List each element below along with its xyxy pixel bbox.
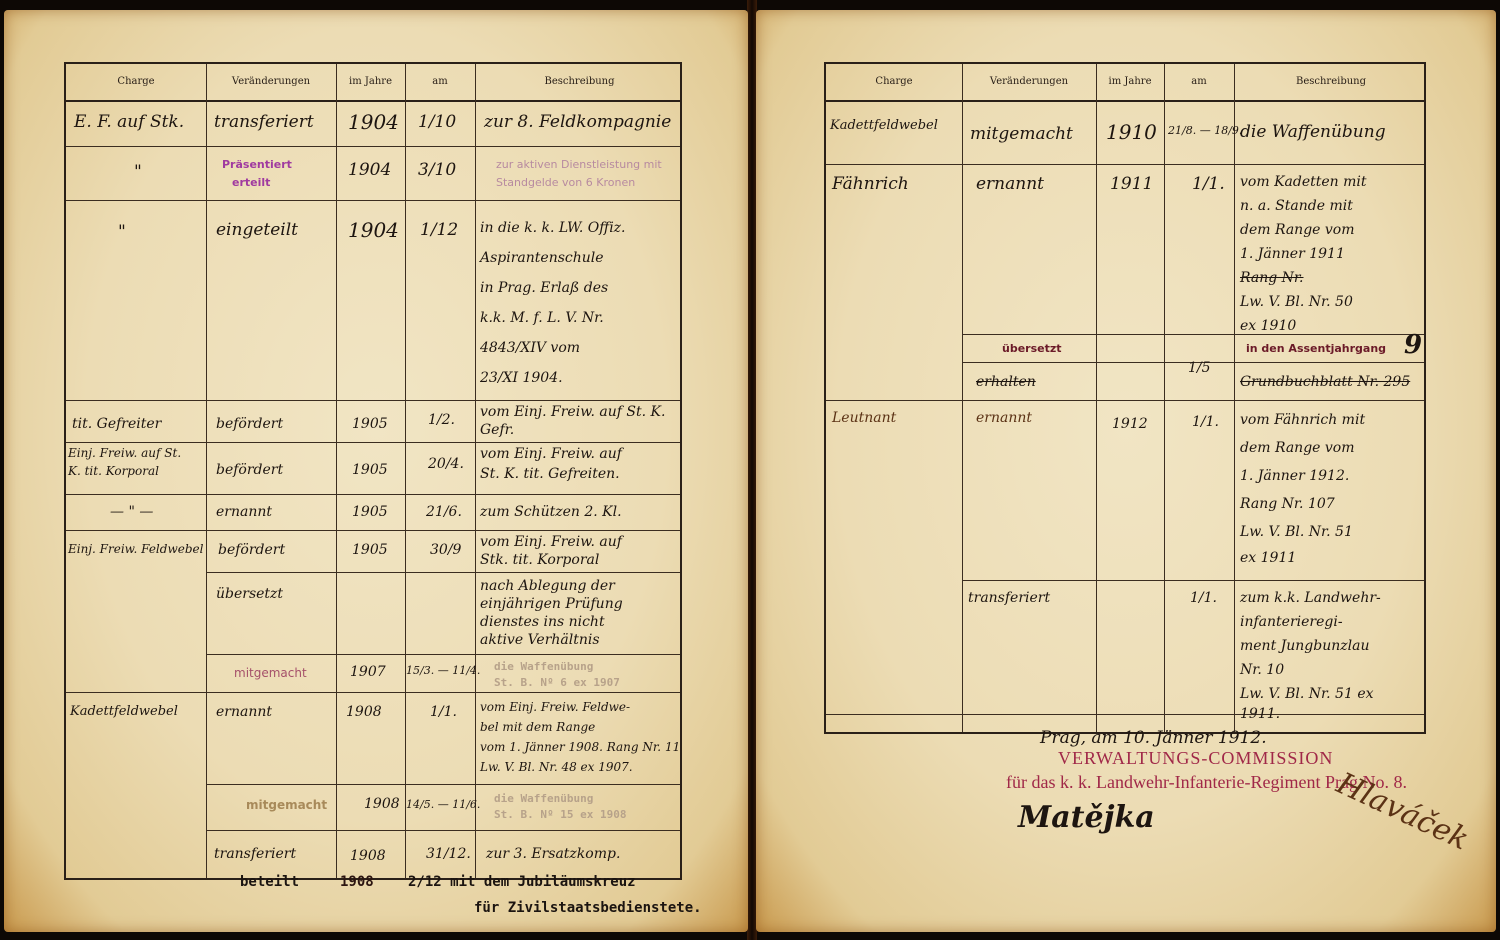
row-8-date: 15/3. — 11/4. xyxy=(406,664,480,677)
row-9-date: 1/1. xyxy=(430,704,457,720)
row-2-description-line: k.k. M. f. L. V. Nr. xyxy=(480,306,604,330)
r-row-3-change: erhalten xyxy=(976,374,1036,390)
row-10-year: 1908 xyxy=(364,796,400,812)
header-date: am xyxy=(405,64,475,100)
row-5-date: 21/6. xyxy=(426,504,462,520)
r-row-4-description-line: ex 1911 xyxy=(1240,546,1296,570)
row-10-date: 14/5. — 11/6. xyxy=(406,798,480,811)
r-row-4-description-line: Rang Nr. 107 xyxy=(1240,492,1335,516)
r-row-5-description-line: infanterieregi- xyxy=(1240,610,1343,634)
row-9-year: 1908 xyxy=(346,704,382,720)
row-7-description-line: nach Ablegung der xyxy=(480,578,615,594)
header-date: am xyxy=(1164,64,1234,100)
row-2-description-line: 23/XI 1904. xyxy=(480,366,563,390)
header-changes: Veränderungen xyxy=(206,64,336,100)
row-11-date: 31/12. xyxy=(426,846,471,862)
r-row-1-description-line: ex 1910 xyxy=(1240,314,1296,338)
closing-place-date: Prag, am 10. Jänner 1912. xyxy=(1040,728,1267,748)
row-11-year: 1908 xyxy=(350,848,386,864)
row-6-change: befördert xyxy=(218,542,285,558)
row-7-change: übersetzt xyxy=(216,586,283,602)
row-0-change: transferiert xyxy=(214,112,314,132)
row-5-change: ernannt xyxy=(216,504,272,520)
r-row-1-year: 1911 xyxy=(1110,174,1153,194)
row-10-change-stamp: mitgemacht xyxy=(246,798,327,812)
r-row-0-charge: Kadettfeldwebel xyxy=(830,118,938,133)
r-row-2-change-stamp: übersetzt xyxy=(1002,342,1062,355)
header-description: Beschreibung xyxy=(475,64,684,100)
header-year: im Jahre xyxy=(1096,64,1164,100)
r-row-1-description-line: dem Range vom xyxy=(1240,218,1355,242)
row-7-description-line: einjährigen Prüfung xyxy=(480,596,623,612)
r-row-1-date: 1/1. xyxy=(1192,174,1225,194)
row-1-change-stamp-2: erteilt xyxy=(232,176,270,189)
commission-stamp-line1: VERWALTUNGS-COMMISSION xyxy=(1058,748,1333,769)
r-row-5-description-line: Nr. 10 xyxy=(1240,658,1284,682)
row-1-description-stamp-2: Standgelde von 6 Kronen xyxy=(496,176,635,189)
row-2-description-line: Aspirantenschule xyxy=(480,246,604,270)
row-3-description-line: Gefr. xyxy=(480,422,514,438)
r-row-1-description-line: vom Kadetten mit xyxy=(1240,170,1367,194)
r-row-1-description-line: n. a. Stande mit xyxy=(1240,194,1353,218)
r-row-0-description: die Waffenübung xyxy=(1240,122,1386,142)
signature-left: Matějka xyxy=(1018,800,1155,835)
r-row-4-date: 1/1. xyxy=(1192,414,1219,430)
row-1-year: 1904 xyxy=(348,160,391,180)
left-ledger-table: Charge Veränderungen im Jahre am Beschre… xyxy=(64,62,682,880)
row-2-description-line: in die k. k. LW. Offiz. xyxy=(480,216,626,240)
header-description: Beschreibung xyxy=(1234,64,1428,100)
row-5-year: 1905 xyxy=(352,504,388,520)
row-2-year: 1904 xyxy=(348,218,399,242)
row-9-change: ernannt xyxy=(216,704,272,720)
r-row-1-description-line: 1. Jänner 1911 xyxy=(1240,242,1345,266)
r-row-5-description-line: ment Jungbunzlau xyxy=(1240,634,1369,658)
r-row-4-description-line: 1. Jänner 1912. xyxy=(1240,464,1349,488)
r-row-5-change: transferiert xyxy=(968,590,1050,606)
footer-awarded-label: beteilt xyxy=(240,874,299,890)
r-row-4-description-line: vom Fähnrich mit xyxy=(1240,408,1365,432)
row-11-change: transferiert xyxy=(214,846,296,862)
r-row-4-year: 1912 xyxy=(1112,416,1148,432)
row-6-date: 30/9 xyxy=(430,542,461,558)
row-9-charge: Kadettfeldwebel xyxy=(70,704,178,719)
row-5-description-line: zum Schützen 2. Kl. xyxy=(480,504,622,520)
row-10-description-stamp-2: St. B. Nº 15 ex 1908 xyxy=(494,808,626,821)
row-8-description-stamp-2: St. B. Nº 6 ex 1907 xyxy=(494,676,620,689)
row-0-charge: E. F. auf Stk. xyxy=(74,112,184,132)
row-7-description-line: dienstes ins nicht xyxy=(480,614,605,630)
r-row-4-description-line: dem Range vom xyxy=(1240,436,1355,460)
header-charge: Charge xyxy=(826,64,962,100)
r-row-4-description-line: Lw. V. Bl. Nr. 51 xyxy=(1240,520,1353,544)
row-3-description-line: vom Einj. Freiw. auf St. K. xyxy=(480,404,665,420)
footer-award-text-2: für Zivilstaatsbedienstete. xyxy=(474,900,702,916)
row-9-description-line: vom Einj. Freiw. Feldwe- xyxy=(480,700,630,714)
right-ledger-table: Charge Veränderungen im Jahre am Beschre… xyxy=(824,62,1426,734)
row-6-description-line: vom Einj. Freiw. auf xyxy=(480,534,622,550)
row-3-year: 1905 xyxy=(352,416,388,432)
row-9-description-line: bel mit dem Range xyxy=(480,720,595,734)
row-4-date: 20/4. xyxy=(428,456,464,472)
row-4-charge-1: Einj. Freiw. auf St. xyxy=(68,446,181,460)
r-row-5-description-line: 1911. xyxy=(1240,702,1280,726)
r-row-0-change: mitgemacht xyxy=(970,124,1073,144)
row-4-change: befördert xyxy=(216,462,283,478)
r-row-5-description-line: zum k.k. Landwehr- xyxy=(1240,586,1381,610)
footer-award-year: 1908 xyxy=(340,874,374,890)
row-1-change-stamp-1: Präsentiert xyxy=(222,158,292,171)
row-6-description-line: Stk. tit. Korporal xyxy=(480,552,599,568)
row-4-charge-2: K. tit. Korporal xyxy=(68,464,159,478)
r-row-5-date: 1/1. xyxy=(1190,590,1217,606)
row-2-description-line: in Prag. Erlaß des xyxy=(480,276,608,300)
row-11-description-line: zur 3. Ersatzkomp. xyxy=(486,846,620,862)
row-4-year: 1905 xyxy=(352,462,388,478)
row-7-description-line: aktive Verhältnis xyxy=(480,632,600,648)
row-5-charge: — " — xyxy=(110,504,153,520)
row-0-description: zur 8. Feldkompagnie xyxy=(484,112,671,132)
header-year: im Jahre xyxy=(336,64,405,100)
row-9-description-line: vom 1. Jänner 1908. Rang Nr. 11 xyxy=(480,740,680,754)
row-1-date: 3/10 xyxy=(418,160,456,180)
row-0-date: 1/10 xyxy=(418,112,456,132)
row-3-change: befördert xyxy=(216,416,283,432)
row-1-description-stamp-1: zur aktiven Dienstleistung mit xyxy=(496,158,662,171)
header-changes: Veränderungen xyxy=(962,64,1096,100)
r-row-2-date: 1/5 xyxy=(1188,360,1211,376)
r-row-4-charge: Leutnant xyxy=(832,410,896,426)
r-row-3-description: Grundbuchblatt Nr. 295 xyxy=(1240,374,1410,390)
row-4-description-line: vom Einj. Freiw. auf xyxy=(480,446,622,462)
row-3-date: 1/2. xyxy=(428,412,455,428)
r-row-2-description-stamp: in den Assentjahrgang xyxy=(1246,342,1386,355)
row-8-change-stamp: mitgemacht xyxy=(234,666,307,680)
row-1-charge: " xyxy=(134,162,142,182)
row-0-year: 1904 xyxy=(348,110,399,134)
r-row-4-change: ernannt xyxy=(976,410,1032,426)
r-row-1-change: ernannt xyxy=(976,174,1044,194)
row-3-charge: tit. Gefreiter xyxy=(72,416,161,432)
row-9-description-line: Lw. V. Bl. Nr. 48 ex 1907. xyxy=(480,760,633,774)
header-charge: Charge xyxy=(66,64,206,100)
row-2-description-line: 4843/XIV vom xyxy=(480,336,580,360)
r-row-0-year: 1910 xyxy=(1106,120,1157,144)
row-8-year: 1907 xyxy=(350,664,386,680)
row-2-change: eingeteilt xyxy=(216,220,298,240)
r-row-1-description-struck: Rang Nr. xyxy=(1240,266,1304,290)
footer-award-text: 2/12 mit dem Jubiläumskreuz xyxy=(408,874,636,890)
r-row-1-description-line: Lw. V. Bl. Nr. 50 xyxy=(1240,290,1353,314)
row-2-date: 1/12 xyxy=(420,220,458,240)
right-page: Charge Veränderungen im Jahre am Beschre… xyxy=(756,10,1496,932)
row-4-description-line: St. K. tit. Gefreiten. xyxy=(480,466,620,482)
row-2-charge: " xyxy=(118,222,126,242)
row-8-description-stamp-1: die Waffenübung xyxy=(494,660,593,673)
left-page: Charge Veränderungen im Jahre am Beschre… xyxy=(4,10,748,932)
r-row-0-date: 21/8. — 18/9. xyxy=(1168,124,1242,137)
row-6-year: 1905 xyxy=(352,542,388,558)
row-10-description-stamp-1: die Waffenübung xyxy=(494,792,593,805)
r-row-1-charge: Fähnrich xyxy=(832,174,909,194)
row-6-charge: Einj. Freiw. Feldwebel xyxy=(68,542,203,556)
r-row-2-assent-year: 9 xyxy=(1404,330,1422,360)
